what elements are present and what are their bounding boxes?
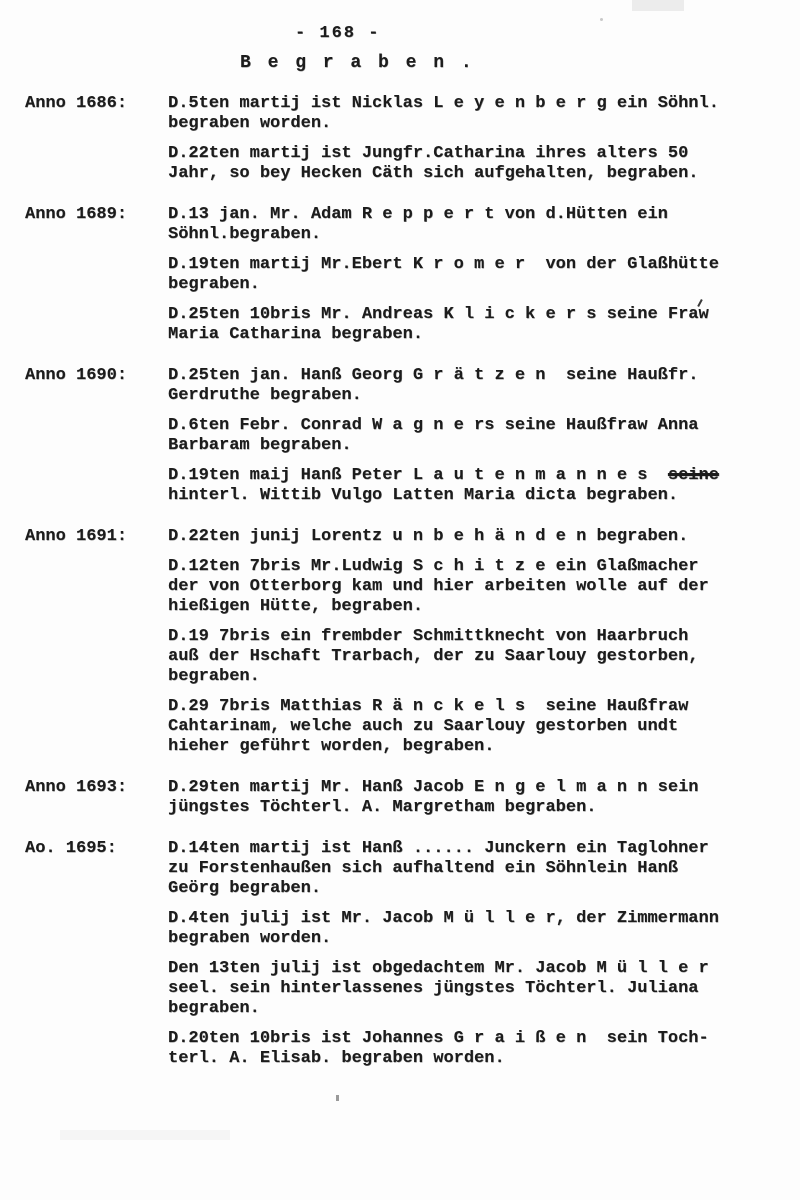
document-title: B e g r a b e n .: [240, 53, 772, 73]
burial-entry: D.19 7bris ein frembder Schmittknecht vo…: [168, 627, 772, 687]
year-section-1686: Anno 1686: D.5ten martij ist Nicklas L e…: [25, 94, 772, 184]
burial-entry: D.5ten martij ist Nicklas L e y e n b e …: [168, 94, 772, 134]
burial-entry: D.13 jan. Mr. Adam R e p p e r t von d.H…: [168, 205, 772, 245]
struck-out-word: seine: [668, 466, 719, 485]
burial-entry: D.22ten martij ist Jungfr.Catharina ihre…: [168, 144, 772, 184]
year-label: Anno 1689:: [25, 205, 168, 225]
burial-entry: D.25ten jan. Hanß Georg G r ä t z e n se…: [168, 366, 772, 406]
entries-column: D.5ten martij ist Nicklas L e y e n b e …: [168, 94, 772, 184]
burial-entry: D.20ten 10bris ist Johannes G r a i ß e …: [168, 1029, 772, 1069]
page-number: - 168 -: [295, 24, 772, 44]
burial-entry: D.22ten junij Lorentz u n b e h ä n d e …: [168, 527, 772, 547]
year-label: Anno 1691:: [25, 527, 168, 547]
scanned-document-page: - 168 - B e g r a b e n . Anno 1686: D.5…: [0, 0, 800, 1200]
burial-entry: D.29 7bris Matthias R ä n c k e l s sein…: [168, 697, 772, 757]
burial-entry: D.29ten martij Mr. Hanß Jacob E n g e l …: [168, 778, 772, 818]
entry-text: hinterl. Wittib Vulgo Latten Maria dicta…: [168, 486, 678, 505]
burial-entry: D.14ten martij ist Hanß ...... Junckern …: [168, 839, 772, 899]
scan-artifact: [60, 1130, 230, 1140]
year-section-1689: Anno 1689: D.13 jan. Mr. Adam R e p p e …: [25, 205, 772, 345]
burial-entry: D.6ten Febr. Conrad W a g n e rs seine H…: [168, 416, 772, 456]
burial-entry: D.19ten martij Mr.Ebert K r o m e r von …: [168, 255, 772, 295]
entry-text: D.19ten maij Hanß Peter L a u t e n m a …: [168, 466, 668, 485]
entries-column: D.22ten junij Lorentz u n b e h ä n d e …: [168, 527, 772, 757]
burial-entry: D.4ten julij ist Mr. Jacob M ü l l e r, …: [168, 909, 772, 949]
entries-column: D.29ten martij Mr. Hanß Jacob E n g e l …: [168, 778, 772, 818]
year-label: Anno 1686:: [25, 94, 168, 114]
burial-entry: D.25ten 10bris Mr. Andreas K l i c k e r…: [168, 305, 772, 345]
scan-artifact: [336, 1095, 339, 1101]
scan-artifact: [600, 18, 603, 21]
burial-entry: D.19ten maij Hanß Peter L a u t e n m a …: [168, 466, 772, 506]
year-section-1695: Ao. 1695: D.14ten martij ist Hanß ......…: [25, 839, 772, 1069]
burial-entry: Den 13ten julij ist obgedachtem Mr. Jaco…: [168, 959, 772, 1019]
entries-column: D.25ten jan. Hanß Georg G r ä t z e n se…: [168, 366, 772, 506]
year-label: Ao. 1695:: [25, 839, 168, 859]
year-label: Anno 1693:: [25, 778, 168, 798]
year-section-1690: Anno 1690: D.25ten jan. Hanß Georg G r ä…: [25, 366, 772, 506]
burial-entry: D.12ten 7bris Mr.Ludwig S c h i t z e ei…: [168, 557, 772, 617]
entries-column: D.13 jan. Mr. Adam R e p p e r t von d.H…: [168, 205, 772, 345]
year-section-1693: Anno 1693: D.29ten martij Mr. Hanß Jacob…: [25, 778, 772, 818]
year-label: Anno 1690:: [25, 366, 168, 386]
year-section-1691: Anno 1691: D.22ten junij Lorentz u n b e…: [25, 527, 772, 757]
entries-column: D.14ten martij ist Hanß ...... Junckern …: [168, 839, 772, 1069]
scan-artifact: [632, 0, 684, 11]
